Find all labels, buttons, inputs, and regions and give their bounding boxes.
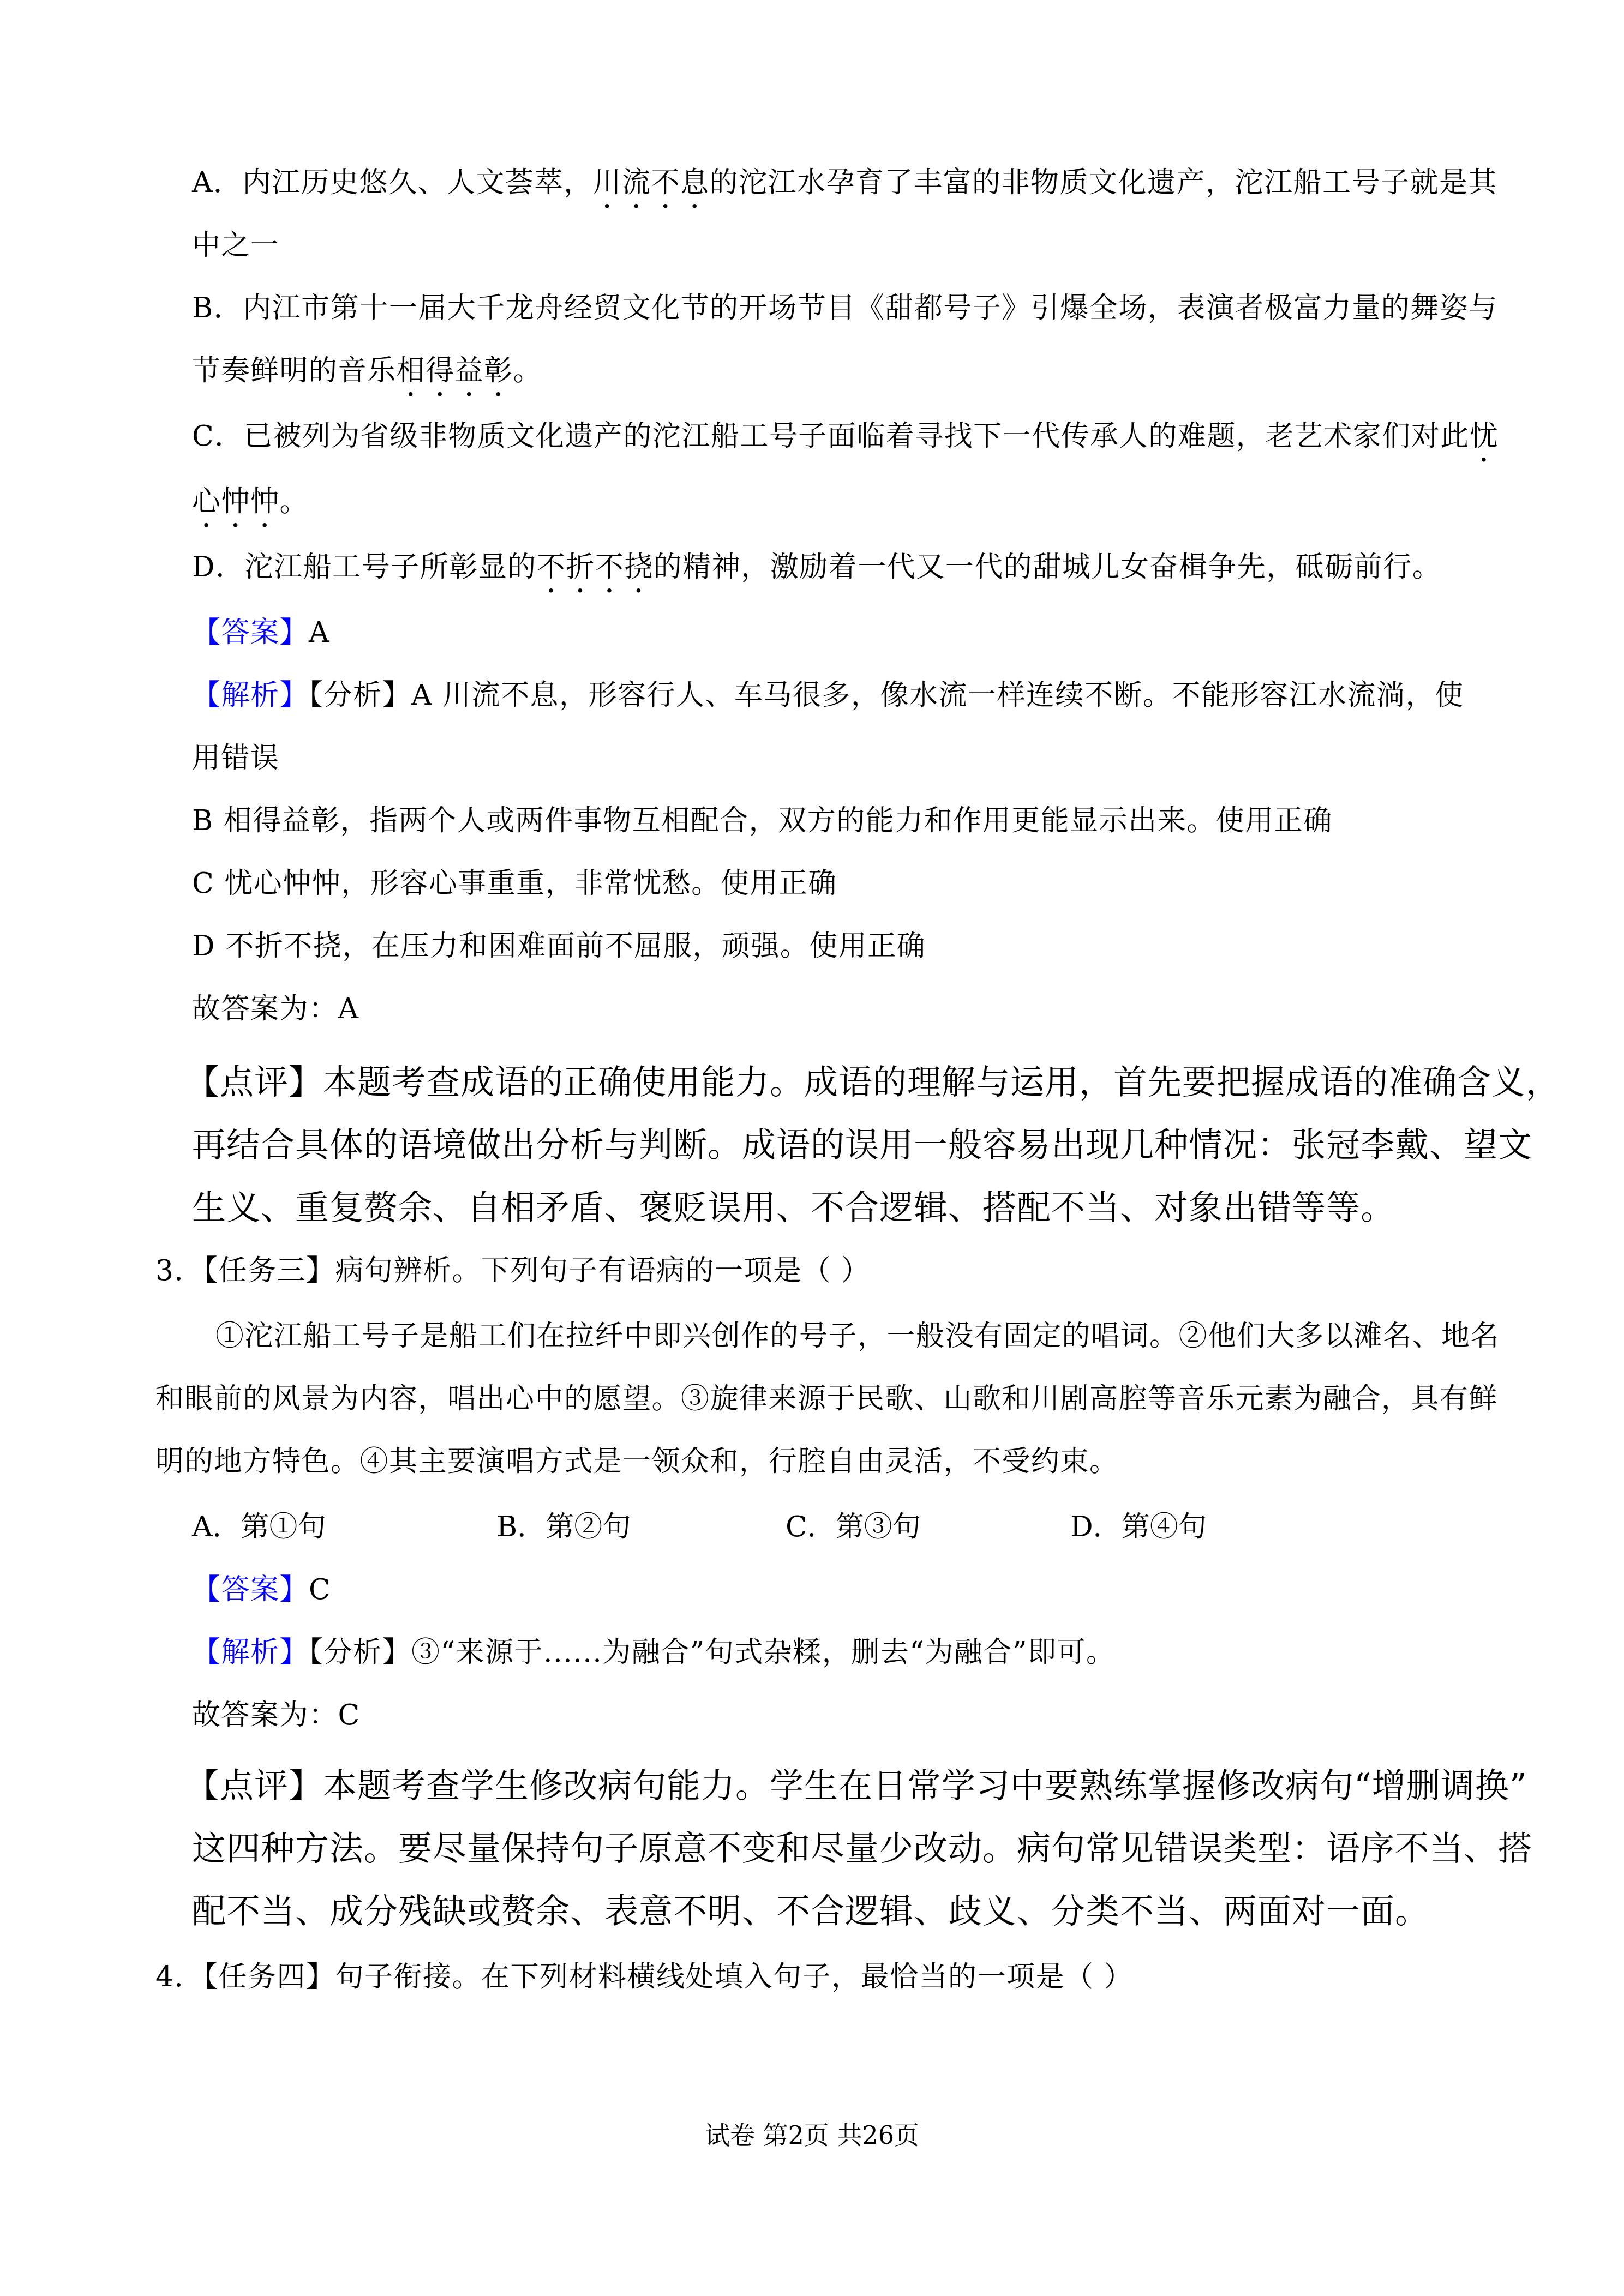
q3-option-b: B．第②句	[496, 1508, 631, 1546]
q2-comment-line1: 【点评】本题考查成语的正确使用能力。成语的理解与运用，首先要把握成语的准确含义，	[185, 1061, 1560, 1104]
q3-comment-line1: 【点评】本题考查学生修改病句能力。学生在日常学习中要熟练掌握修改病句“增删调换”	[185, 1764, 1527, 1808]
q3-option-a: A．第①句	[192, 1508, 326, 1546]
emphasized-idiom: 忧	[1470, 420, 1499, 453]
q2-analysis-line5: D 不折不挠，在压力和困难面前不屈服，顽强。使用正确	[192, 927, 926, 965]
q2-option-d: D．沱江船工号子所彰显的不折不挠的精神，激励着一代又一代的甜城儿女奋楫争先，砥砺…	[192, 548, 1441, 600]
q2-option-a-line1: A．内江历史悠久、人文荟萃，川流不息的沱江水孕育了丰富的非物质文化遗产，沱江船工…	[192, 164, 1497, 215]
q3-stem: 3．【任务三】病句辨析。下列句子有语病的一项是（ ）	[155, 1252, 871, 1290]
q3-material-line1: ①沱江船工号子是船工们在拉纤中即兴创作的号子，一般没有固定的唱词。②他们大多以滩…	[215, 1317, 1500, 1355]
q2-option-a-line2: 中之一	[192, 226, 280, 265]
q3-analysis: 【解析】【分析】③“来源于......为融合”句式杂糅，删去“为融合”即可。	[192, 1633, 1116, 1672]
q4-stem: 4．【任务四】句子衔接。在下列材料横线处填入句子，最恰当的一项是（ ）	[155, 1958, 1133, 1996]
q3-comment-line2: 这四种方法。要尽量保持句子原意不变和尽量少改动。病句常见错误类型：语序不当、搭	[192, 1827, 1532, 1871]
emphasized-idiom: 川流不息	[593, 166, 710, 199]
q2-comment-line3: 生义、重复赘余、自相矛盾、褒贬误用、不合逻辑、搭配不当、对象出错等等。	[192, 1186, 1395, 1230]
q2-analysis-line2: 用错误	[192, 739, 280, 777]
analysis-label: 【解析】	[192, 679, 309, 712]
q2-analysis-line1: 【解析】【分析】A 川流不息，形容行人、车马很多，像水流一样连续不断。不能形容江…	[192, 676, 1464, 714]
q2-conclusion: 故答案为：A	[192, 990, 359, 1028]
q2-option-c-line2: 心忡忡。	[192, 483, 309, 534]
emphasized-idiom: 相得益彰	[397, 354, 513, 387]
answer-value: A	[309, 616, 330, 649]
q2-option-b-line2: 节奏鲜明的音乐相得益彰。	[192, 352, 542, 404]
page-footer: 试卷 第2页 共26页	[0, 2119, 1624, 2151]
emphasized-idiom: 心忡忡	[192, 485, 280, 518]
q3-material-line3: 明的地方特色。④其主要演唱方式是一领众和，行腔自由灵活，不受约束。	[155, 1442, 1119, 1481]
q2-analysis-line3: B 相得益彰，指两个人或两件事物互相配合，双方的能力和作用更能显示出来。使用正确	[192, 802, 1333, 840]
q2-answer: 【答案】A	[192, 614, 330, 652]
q3-option-d: D．第④句	[1070, 1508, 1207, 1546]
q2-analysis-line4: C 忧心忡忡，形容心事重重，非常忧愁。使用正确	[192, 864, 837, 903]
analysis-label: 【解析】	[192, 1636, 309, 1669]
q3-conclusion: 故答案为：C	[192, 1696, 361, 1734]
emphasized-idiom: 不折不挠	[537, 551, 654, 584]
q2-comment-line2: 再结合具体的语境做出分析与判断。成语的误用一般容易出现几种情况：张冠李戴、望文	[192, 1123, 1532, 1167]
answer-label: 【答案】	[192, 1573, 309, 1606]
answer-label: 【答案】	[192, 616, 309, 649]
q3-material-line2: 和眼前的风景为内容，唱出心中的愿望。③旋律来源于民歌、山歌和川剧高腔等音乐元素为…	[155, 1380, 1498, 1418]
q3-option-c: C．第③句	[786, 1508, 921, 1546]
q3-answer: 【答案】C	[192, 1571, 331, 1609]
q2-option-c-line1: C．已被列为省级非物质文化遗产的沱江船工号子面临着寻找下一代传承人的难题，老艺术…	[192, 417, 1499, 469]
q2-option-b-line1: B．内江市第十一届大千龙舟经贸文化节的开场节目《甜都号子》引爆全场，表演者极富力…	[192, 289, 1498, 327]
answer-value: C	[309, 1573, 331, 1606]
q3-comment-line3: 配不当、成分残缺或赘余、表意不明、不合逻辑、歧义、分类不当、两面对一面。	[192, 1890, 1429, 1933]
